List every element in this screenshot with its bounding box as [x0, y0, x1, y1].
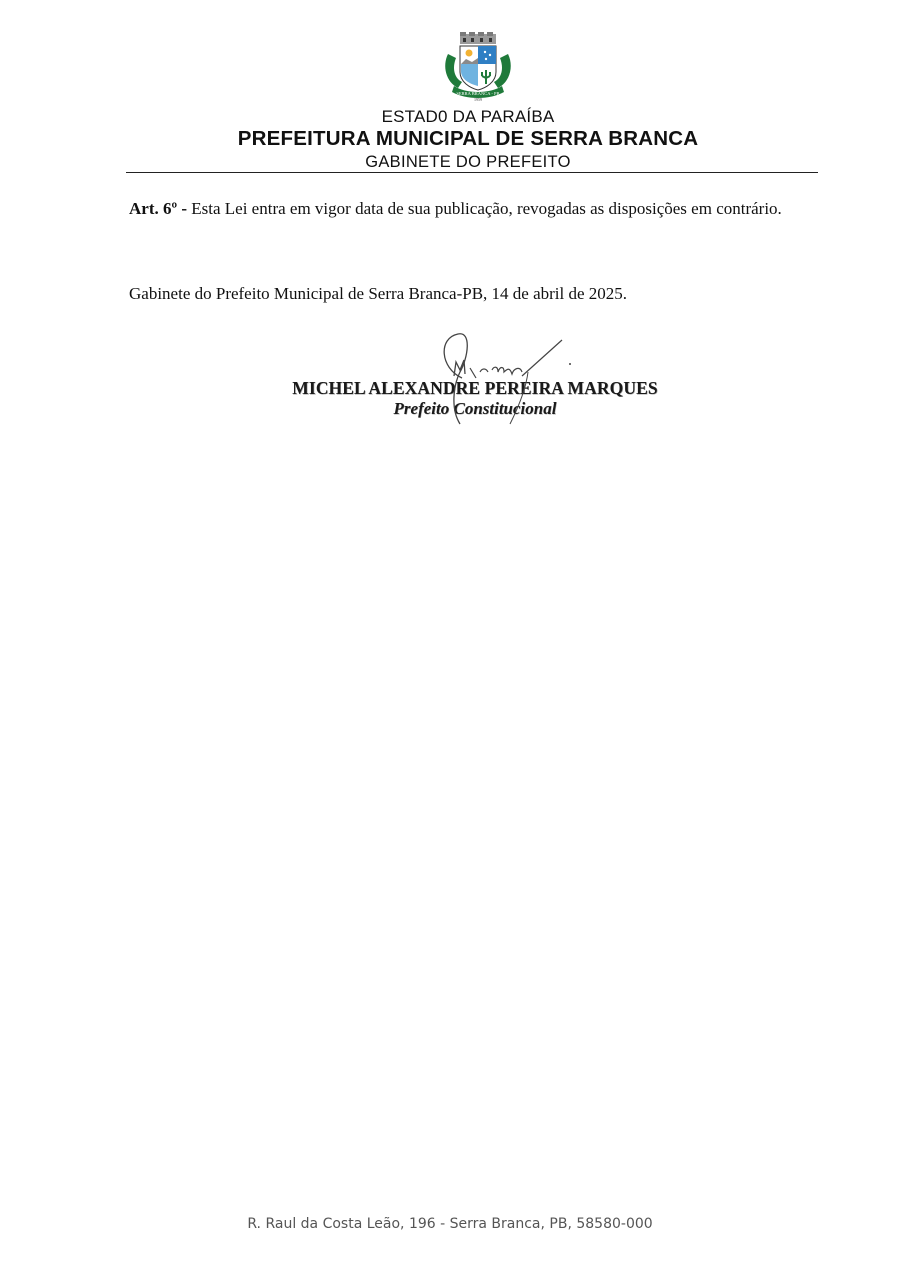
prefeitura-title: PREFEITURA MUNICIPAL DE SERRA BRANCA [0, 127, 900, 151]
header-divider [126, 172, 818, 173]
place-date-line: Gabinete do Prefeito Municipal de Serra … [129, 283, 800, 305]
svg-text:SERRA BRANCA - PB: SERRA BRANCA - PB [456, 91, 499, 96]
svg-text:1959: 1959 [474, 97, 482, 102]
article-text: Esta Lei entra em vigor data de sua publ… [191, 199, 782, 218]
article-label: Art. 6º - [129, 199, 187, 218]
handwritten-signature-icon [410, 328, 590, 428]
document-page: SERRA BRANCA - PB 1959 ESTAD0 DA PARAÍBA… [0, 0, 900, 1274]
coat-of-arms-icon: SERRA BRANCA - PB 1959 [440, 32, 516, 102]
gabinete-subtitle: GABINETE DO PREFEITO [0, 153, 900, 172]
article-paragraph: Art. 6º - Esta Lei entra em vigor data d… [129, 198, 800, 220]
footer-address: R. Raul da Costa Leão, 196 - Serra Branc… [0, 1216, 900, 1232]
signature-block: MICHEL ALEXANDRE PEREIRA MARQUES Prefeit… [270, 328, 680, 428]
state-title: ESTAD0 DA PARAÍBA [0, 107, 900, 127]
